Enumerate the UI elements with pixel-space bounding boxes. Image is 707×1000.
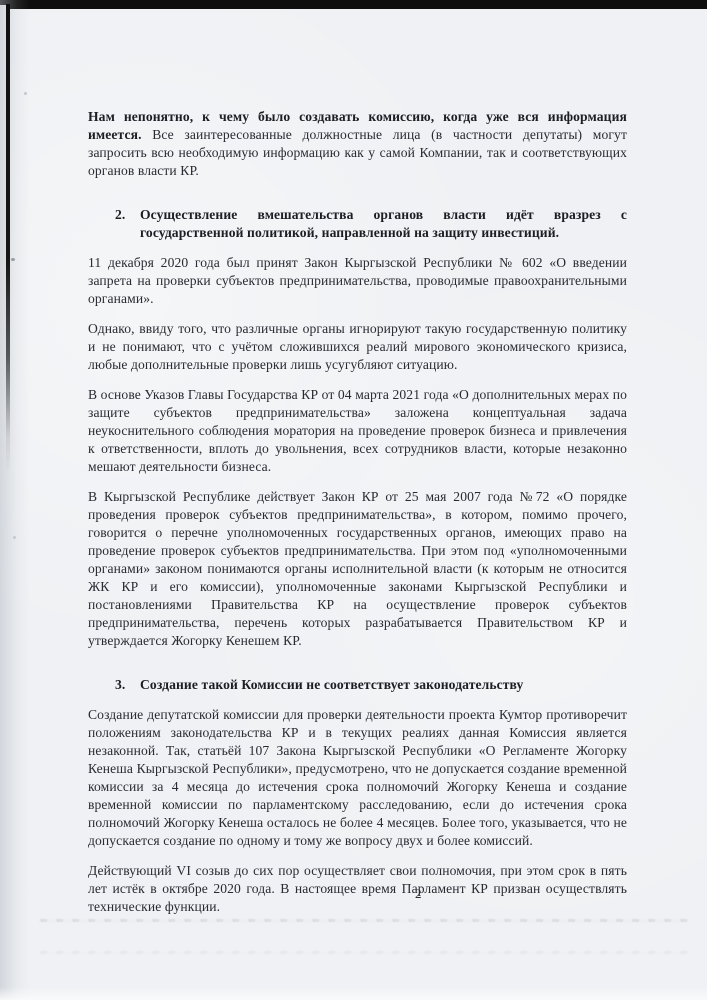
section-3-paragraph-1: Создание депутатской комиссии для провер… bbox=[88, 706, 627, 850]
scan-speck bbox=[11, 258, 15, 261]
section-2-paragraph-1: 11 декабря 2020 года был принят Закон Кы… bbox=[88, 254, 627, 308]
section-2-paragraph-3: В основе Указов Главы Государства КР от … bbox=[88, 386, 627, 476]
intro-paragraph: Нам непонятно, к чему было создавать ком… bbox=[88, 108, 627, 180]
scan-speck bbox=[13, 536, 16, 539]
section-2-number: 2. bbox=[115, 206, 140, 242]
section-3-paragraph-2: Действующий VI созыв до сих пор осуществ… bbox=[88, 862, 627, 916]
scan-bleed-artifact bbox=[40, 951, 689, 954]
section-3-number: 3. bbox=[115, 676, 140, 694]
section-2-paragraph-4: В Кыргызской Республике действует Закон … bbox=[88, 488, 627, 650]
scan-edge-left bbox=[6, 4, 10, 474]
section-2-title: Осуществление вмешательства органов влас… bbox=[140, 206, 627, 242]
intro-text: Все заинтересованные должностные лица (в… bbox=[88, 127, 627, 178]
scan-edge-top bbox=[9, 0, 707, 9]
scan-edge-left-shade bbox=[0, 0, 30, 1000]
scan-edge-bottom bbox=[0, 987, 707, 1000]
page-number: 2 bbox=[415, 886, 422, 902]
section-2-heading: 2. Осуществление вмешательства органов в… bbox=[115, 206, 627, 242]
scanned-document-page: Нам непонятно, к чему было создавать ком… bbox=[0, 0, 707, 1000]
document-content: Нам непонятно, к чему было создавать ком… bbox=[88, 108, 627, 928]
scan-speck bbox=[24, 92, 27, 95]
section-3-title: Создание такой Комиссии не соответствует… bbox=[140, 676, 627, 694]
section-3-heading: 3. Создание такой Комиссии не соответств… bbox=[115, 676, 627, 694]
section-2-paragraph-2: Однако, ввиду того, что различные органы… bbox=[88, 320, 627, 374]
